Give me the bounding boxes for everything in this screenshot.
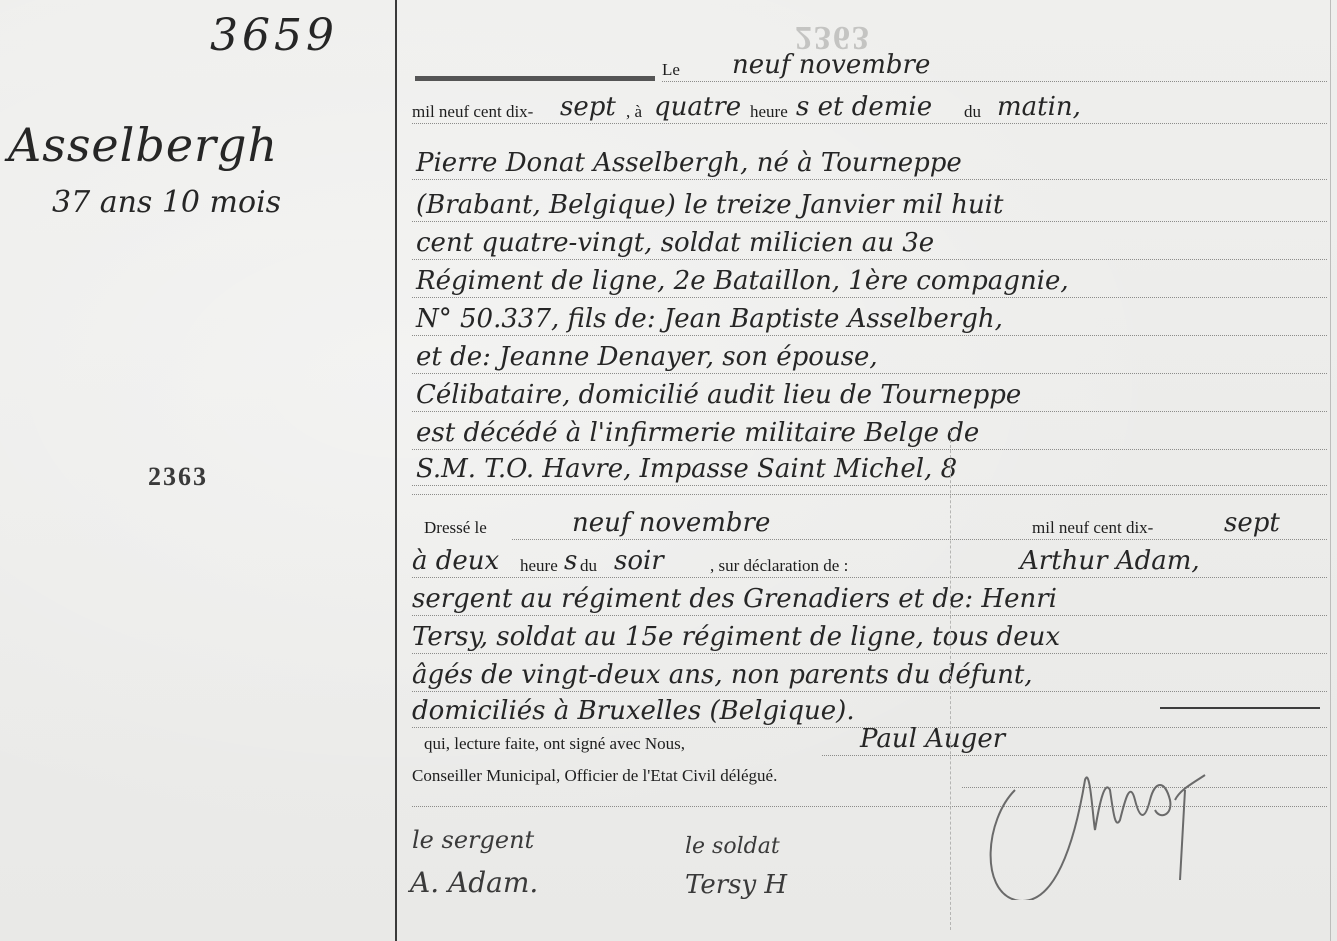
drafted-date: neuf novembre	[572, 508, 770, 538]
body-line: cent quatre-vingt, soldat milicien au 3e	[412, 228, 1327, 264]
officer-name: Paul Auger	[860, 724, 1005, 754]
officer-signature-flourish	[975, 760, 1245, 900]
declaration-line: sergent au régiment des Grenadiers et de…	[412, 584, 1327, 620]
declarant-1: Arthur Adam,	[1020, 546, 1200, 576]
declaration-line: âgés de vingt-deux ans, non parents du d…	[412, 660, 1327, 696]
line-year-hour: mil neuf cent dix- sept , à quatre heure…	[412, 92, 1327, 128]
margin-column: 3659 Asselbergh 37 ans 10 mois 2363	[0, 0, 395, 941]
drafted-hour-extra: s	[564, 546, 577, 576]
witness2-signature: Tersy H	[685, 870, 787, 900]
body-line-text: et de: Jeanne Denayer, son épouse,	[416, 342, 878, 372]
body-line-text: Célibataire, domicilié audit lieu de Tou…	[416, 380, 1021, 410]
printed-dresse: Dressé le	[424, 518, 487, 538]
body-line-text: Pierre Donat Asselbergh, né à Tourneppe	[416, 148, 962, 178]
hour: quatre	[654, 92, 741, 122]
officer-title: Conseiller Municipal, Officier de l'Etat…	[412, 766, 777, 786]
body-line-text: S.M. T.O. Havre, Impasse Saint Michel, 8	[416, 454, 957, 484]
death-date: neuf novembre	[732, 50, 930, 80]
printed-heure: heure	[750, 102, 788, 122]
printed-le: Le	[662, 60, 680, 80]
declaration-line: Tersy, soldat au 15e régiment de ligne, …	[412, 622, 1327, 658]
line-signed: qui, lecture faite, ont signé avec Nous,…	[412, 724, 1327, 760]
witness1-label: le sergent	[412, 826, 534, 854]
margin-surname: Asselbergh	[8, 118, 278, 172]
declaration-text: Tersy, soldat au 15e régiment de ligne, …	[412, 622, 1060, 652]
printed-a: , à	[626, 102, 642, 122]
declaration-text: sergent au régiment des Grenadiers et de…	[412, 584, 1057, 614]
hour-extra: s et demie	[796, 92, 932, 122]
body-line: (Brabant, Belgique) le treize Janvier mi…	[412, 190, 1327, 226]
body-line-text: N° 50.337, fils de: Jean Baptiste Asselb…	[416, 304, 1003, 334]
drafted-hour: à deux	[412, 546, 499, 576]
declaration-text: domiciliés à Bruxelles (Belgique).	[412, 696, 855, 726]
officer-signature-text: Auger	[1120, 790, 1123, 791]
printed-declaration: , sur déclaration de :	[710, 556, 848, 576]
stamped-number: 2363	[148, 462, 208, 492]
year-suffix: sept	[560, 92, 616, 122]
column-divider	[395, 0, 397, 941]
margin-age: 37 ans 10 mois	[52, 185, 281, 220]
body-line: Célibataire, domicilié audit lieu de Tou…	[412, 380, 1327, 416]
body-line: Pierre Donat Asselbergh, né à Tourneppe	[412, 148, 1327, 184]
body-line-text: (Brabant, Belgique) le treize Janvier mi…	[416, 190, 1003, 220]
declaration-text: âgés de vingt-deux ans, non parents du d…	[412, 660, 1033, 690]
printed-du: du	[964, 102, 981, 122]
body-line-text: est décédé à l'infirmerie militaire Belg…	[416, 418, 979, 448]
body-line-text: cent quatre-vingt, soldat milicien au 3e	[416, 228, 934, 258]
register-page: 3659 Asselbergh 37 ans 10 mois 2363 2363…	[0, 0, 1337, 941]
body-line-text: Régiment de ligne, 2e Bataillon, 1ère co…	[416, 266, 1069, 296]
closing-bar	[1160, 707, 1320, 709]
body-line: et de: Jeanne Denayer, son épouse,	[412, 342, 1327, 378]
body-line: S.M. T.O. Havre, Impasse Saint Michel, 8	[412, 454, 1327, 490]
printed-heure-2: heure	[520, 556, 558, 576]
witness1-signature: A. Adam.	[410, 866, 538, 899]
printed-year: mil neuf cent dix-	[412, 102, 533, 122]
line-date: Le neuf novembre	[412, 50, 1327, 86]
drafted-period: soir	[614, 546, 664, 576]
witness2-label: le soldat	[685, 834, 780, 859]
page-edge	[1330, 0, 1331, 941]
fold-line	[950, 430, 952, 930]
act-number: 3659	[210, 10, 338, 61]
period: matin,	[997, 92, 1081, 122]
body-line: Régiment de ligne, 2e Bataillon, 1ère co…	[412, 266, 1327, 302]
line-drafted-hour: à deux heure s du soir , sur déclaration…	[412, 546, 1327, 582]
line-drafted-date: Dressé le neuf novembre mil neuf cent di…	[412, 508, 1327, 544]
body-line: N° 50.337, fils de: Jean Baptiste Asselb…	[412, 304, 1327, 340]
section-separator	[412, 494, 1327, 495]
printed-signed: qui, lecture faite, ont signé avec Nous,	[424, 734, 685, 754]
drafted-year-suffix: sept	[1224, 508, 1280, 538]
printed-year-2: mil neuf cent dix-	[1032, 518, 1153, 538]
printed-du-2: du	[580, 556, 597, 576]
body-line: est décédé à l'infirmerie militaire Belg…	[412, 418, 1327, 454]
